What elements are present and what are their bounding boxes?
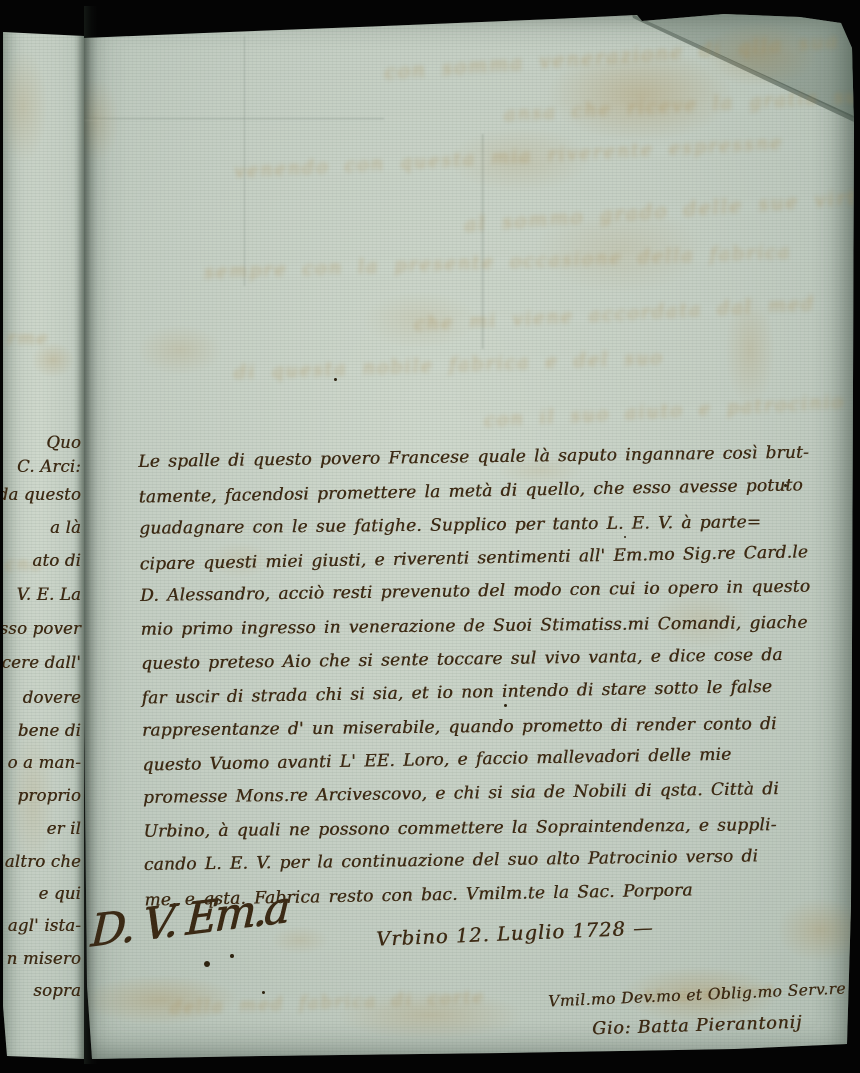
paper-stain xyxy=(340,280,500,360)
manuscript-scan: Quo C. Arci: da questo a là ato di V. E.… xyxy=(0,0,860,1073)
margin-fragment: er il xyxy=(47,818,81,840)
margin-fragment: ato di xyxy=(32,550,81,572)
margin-fragment: e qui xyxy=(39,883,81,905)
paper-stain xyxy=(23,335,83,385)
ink-bleedthrough: sempre con la presente occasione della f… xyxy=(204,241,792,283)
crease-line xyxy=(244,36,246,286)
paper-stain xyxy=(500,190,740,310)
ink-speck xyxy=(230,954,234,958)
paper-stain xyxy=(3,26,58,186)
margin-fragment: V. E. La xyxy=(17,584,81,606)
ink-speck xyxy=(204,961,210,967)
signature-name: Gio: Batta Pierantonij xyxy=(592,1013,803,1040)
ink-bleedthrough: venendo con questa mia riverente espress… xyxy=(234,132,784,183)
margin-fragment: Quo xyxy=(46,432,81,454)
margin-fragment: altro che xyxy=(5,851,81,873)
margin-fragment: n misero xyxy=(7,948,81,970)
margin-fragment: esso pover xyxy=(3,618,81,640)
margin-fragment: C. Arci: xyxy=(17,456,81,478)
margin-fragment: o a man- xyxy=(7,752,81,774)
ink-bleedthrough: rme xyxy=(7,328,49,349)
folded-corner xyxy=(84,6,854,146)
crease-line xyxy=(482,134,485,349)
paper-stain xyxy=(715,270,785,430)
paper-stain xyxy=(120,315,240,385)
ink-bleedthrough: della med fabrica di corte xyxy=(170,987,486,1019)
ink-speck xyxy=(262,991,265,994)
letter-page: Le spalle di questo povero Francese qual… xyxy=(84,6,854,1064)
margin-fragment: proprio xyxy=(18,785,81,807)
signature-role: Vmil.mo Dev.mo et Oblig.mo Serv.re xyxy=(548,980,847,1011)
ink-bleedthrough: di questa nobile fabrica e del suo xyxy=(234,347,664,384)
margin-fragment: sopra xyxy=(33,980,81,1002)
paper-stain xyxy=(300,980,560,1050)
crease-line xyxy=(84,118,384,121)
margin-fragment: dovere xyxy=(23,687,81,709)
margin-fragment: scere dall' xyxy=(3,652,81,674)
margin-fragment: bene di xyxy=(18,720,81,742)
dateline: Vrbino 12. Luglio 1728 — xyxy=(376,916,654,951)
margin-fragment: da questo xyxy=(3,484,81,506)
valediction-flourish: D. V. Em.a xyxy=(89,882,288,958)
margin-fragment: agl' ista- xyxy=(8,915,81,937)
ink-bleedthrough: al sommo grado delle sue virtù xyxy=(464,184,860,236)
margin-fragment: a là xyxy=(50,517,81,539)
ink-bleedthrough: con il suo aiuto e patrocinio xyxy=(484,391,846,432)
letter-body: Le spalle di questo povero Francese qual… xyxy=(138,436,854,916)
ink-speck xyxy=(334,378,337,381)
ink-bleedthrough: che mi viene accordata dal med xyxy=(414,293,816,336)
left-page-edge: Quo C. Arci: da questo a là ato di V. E.… xyxy=(3,6,84,1064)
paper-stain xyxy=(420,115,620,205)
letter-line: Urbino, à quali ne possono commettere la… xyxy=(143,808,853,849)
